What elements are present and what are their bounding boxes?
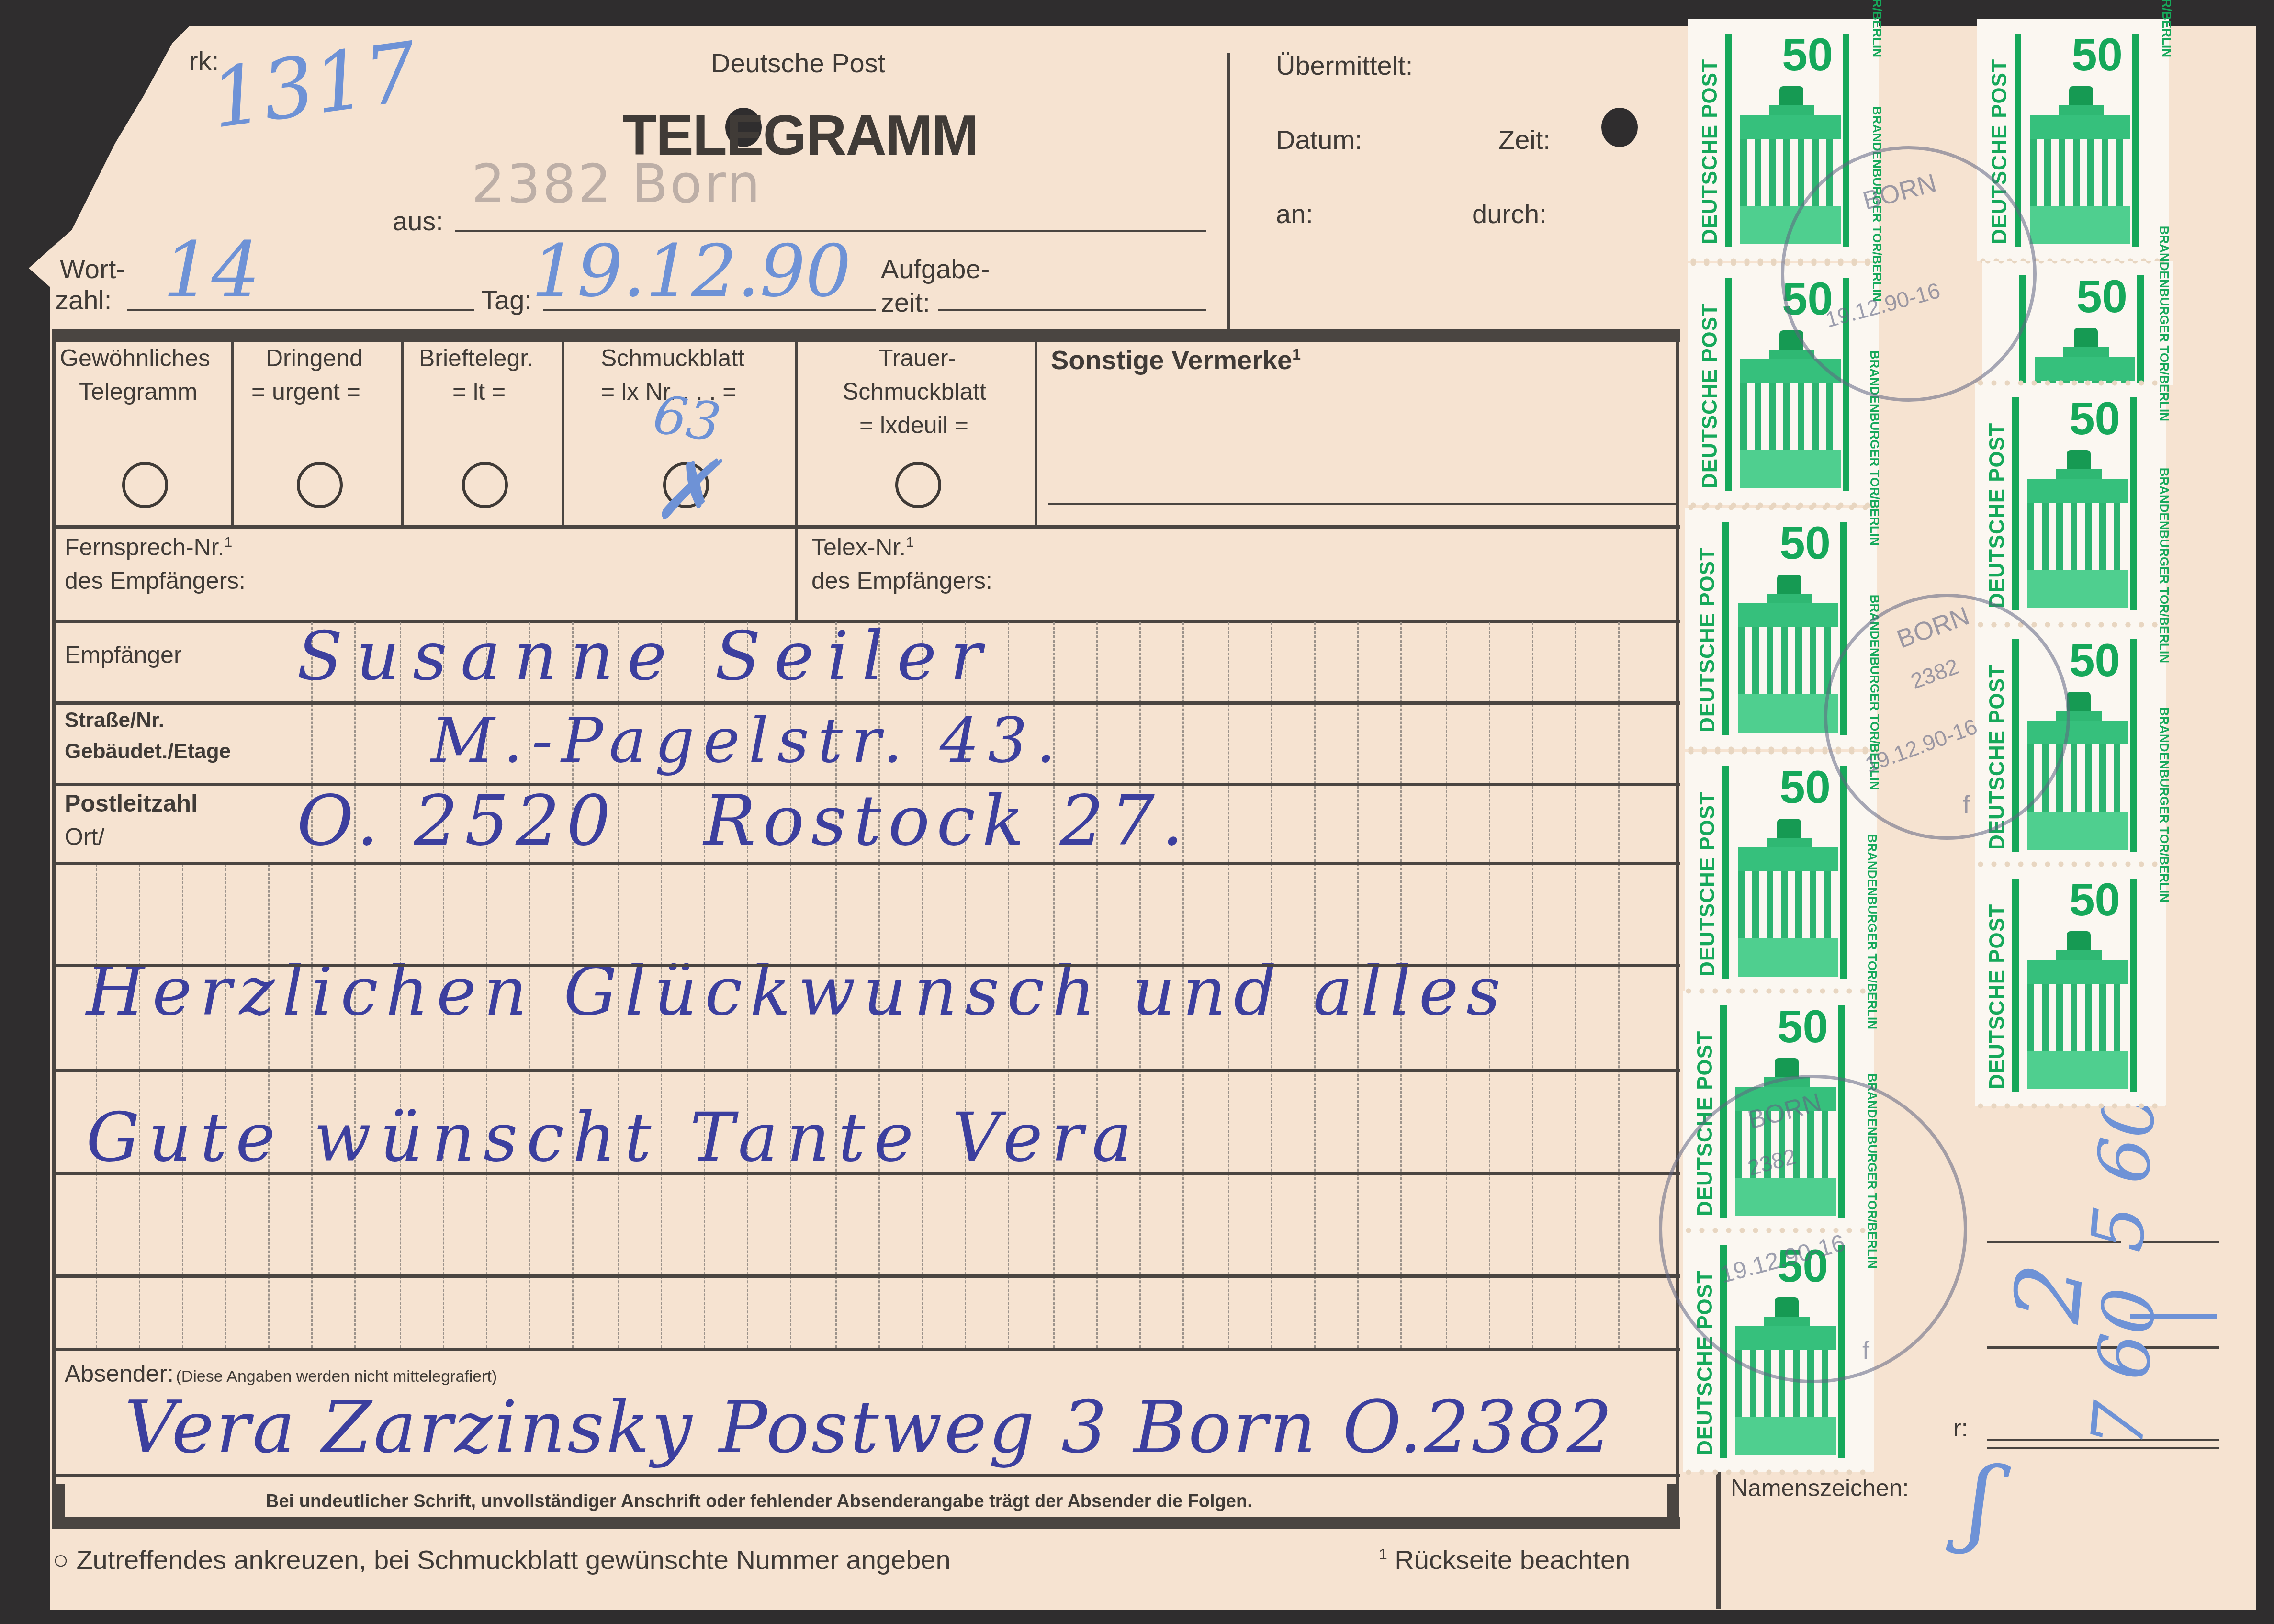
col-divider-3: [562, 340, 564, 527]
stamp-caption: BRANDENBURGER TOR/BERLIN: [2157, 707, 2172, 902]
fee-label: r:: [1953, 1415, 1968, 1443]
aus-label: aus:: [393, 206, 443, 237]
stamp-country: DEUTSCHE POST: [1698, 303, 1722, 488]
stamp-value: 50: [2071, 29, 2123, 81]
stamp-value: 50: [1779, 517, 1831, 570]
fee-dash: [2130, 1314, 2217, 1319]
issuer-label: Deutsche Post: [711, 48, 885, 79]
service-label: Gewöhnliches: [60, 345, 210, 372]
frame-top: [52, 329, 1680, 342]
checkmark-cross-icon: ✗: [651, 443, 719, 538]
stamp-value: 50: [1782, 29, 1833, 81]
stamp-value: 50: [2076, 271, 2128, 323]
fernsprech-label-line2: des Empfängers:: [65, 567, 246, 595]
brandenburg-gate-icon: [2027, 931, 2128, 1089]
footer-left-text: Zutreffendes ankreuzen, bei Schmuckblatt…: [76, 1545, 950, 1575]
stamp-country: DEUTSCHE POST: [1698, 59, 1722, 244]
message-line-2[interactable]: Gute wünscht Tante Vera: [86, 1099, 1140, 1177]
header-divider: [1227, 53, 1230, 330]
col-divider-1: [231, 340, 234, 527]
telex-label-line1: Telex-Nr.1: [811, 534, 914, 562]
footnote-mark: 1: [224, 534, 232, 550]
radio-circle[interactable]: [122, 462, 168, 508]
service-label: Brieftelegr.: [419, 345, 533, 372]
frame-right: [1676, 329, 1679, 1522]
radio-circle[interactable]: [297, 462, 343, 508]
empfaenger-label: Empfänger: [65, 642, 182, 669]
stamp-country: DEUTSCHE POST: [1985, 904, 2009, 1089]
brandenburg-gate-icon: [1738, 575, 1838, 733]
stamp: DEUTSCHE POST 50 BRANDENBURGER TOR/BERLI…: [1975, 383, 2166, 625]
aufgabezeit-label-line1: Aufgabe-: [881, 254, 990, 284]
service-label: = lt =: [452, 378, 506, 406]
footer-right: 1 Rückseite beachten: [1379, 1544, 1630, 1575]
footer-right-text: Rückseite beachten: [1395, 1545, 1630, 1575]
stamp: DEUTSCHE POST 50 BRANDENBURGER TOR/BERLI…: [1975, 864, 2166, 1106]
telex-text: Telex-Nr.: [811, 534, 906, 561]
service-label: Schmuckblatt: [601, 345, 744, 372]
postmark-letter: f: [1963, 790, 1970, 820]
zeit-label: Zeit:: [1498, 124, 1551, 155]
stamp-value: 50: [2069, 874, 2120, 926]
stamp-value: 50: [1779, 761, 1831, 814]
frame-left: [52, 329, 56, 1522]
sonstige-vermerke-text: Sonstige Vermerke: [1051, 345, 1292, 375]
plz-label-line2: Ort/: [65, 823, 104, 851]
stamp-country: DEUTSCHE POST: [1985, 423, 2009, 608]
namenszeichen-divider: [1716, 1465, 1721, 1609]
message-rule-4: [52, 1274, 1680, 1278]
stamp-caption: BRANDENBURGER TOR/BERLIN: [2157, 226, 2172, 421]
service-label: Trauer-: [878, 345, 956, 372]
fernsprech-text: Fernsprech-Nr.: [65, 534, 224, 561]
frame-bottom-right-tab: [1667, 1484, 1679, 1527]
strasse-value[interactable]: M.-Pagelstr. 43.: [431, 704, 1064, 777]
fee-top: 5 60: [2076, 1088, 2173, 1255]
stamp-value: 50: [2069, 393, 2120, 445]
aufgabezeit-label-line2: zeit:: [881, 287, 930, 318]
stamp-caption: BRANDENBURGER TOR/BERLIN: [1865, 834, 1880, 1029]
row-divider-service: [52, 525, 1680, 529]
row-divider-plz: [52, 862, 1680, 865]
empfaenger-value[interactable]: Susanne Seiler: [297, 618, 995, 696]
sender-underline: [52, 1474, 1680, 1477]
stamp-caption: BRANDENBURGER TOR/BERLIN: [2157, 468, 2172, 663]
radio-circle[interactable]: [462, 462, 508, 508]
stamp-country: DEUTSCHE POST: [1696, 547, 1720, 733]
message-rule-3: [52, 1172, 1680, 1175]
postmark-letter: f: [1862, 1336, 1869, 1365]
tag-value[interactable]: 19.12.90: [531, 230, 851, 313]
footnote-mark: 1: [1292, 346, 1301, 363]
disclaimer-text: Bei undeutlicher Schrift, unvollständige…: [266, 1491, 1252, 1512]
message-rule-2: [52, 1069, 1680, 1072]
col-divider-5: [1035, 340, 1037, 527]
wortzahl-value[interactable]: 14: [163, 225, 260, 315]
service-label: Telegramm: [79, 378, 197, 406]
sender-label: Absender:: [65, 1360, 174, 1387]
wortzahl-label-line2: zahl:: [55, 285, 112, 316]
frame-bottom-left-tab: [52, 1484, 65, 1527]
message-rule-1: [52, 964, 1680, 967]
datum-label: Datum:: [1276, 124, 1362, 155]
col-divider-4: [795, 340, 798, 622]
an-label: an:: [1276, 199, 1313, 229]
stamp-value: 50: [2069, 634, 2120, 687]
stamp-value: 50: [1777, 1001, 1828, 1053]
footer-left: ○ Zutreffendes ankreuzen, bei Schmuckbla…: [53, 1544, 951, 1575]
plz-label-line1: Postleitzahl: [65, 790, 198, 818]
aufgabezeit-underline: [938, 309, 1206, 311]
sender-note: (Diese Angaben werden nicht mittelegrafi…: [176, 1367, 497, 1386]
col-divider-2: [401, 340, 404, 527]
strasse-label-line1: Straße/Nr.: [65, 709, 164, 733]
plz-value[interactable]: O. 2520 Rostock 27.: [297, 780, 1190, 861]
stamp-country: DEUTSCHE POST: [1696, 791, 1720, 977]
telex-label-line2: des Empfängers:: [811, 567, 992, 595]
frame-bottom: [52, 1517, 1680, 1529]
footer-circle-icon: ○: [53, 1545, 69, 1575]
radio-circle[interactable]: [895, 462, 941, 508]
footnote-mark: 1: [906, 534, 914, 550]
fee-bottom: 7 60: [2076, 1285, 2173, 1451]
strasse-label-line2: Gebäudet./Etage: [65, 740, 231, 764]
brandenburg-gate-icon: [2030, 86, 2130, 244]
brandenburg-gate-icon: [1738, 819, 1838, 977]
sonstige-vermerke-label: Sonstige Vermerke1: [1051, 345, 1301, 375]
postmark-circle: [1659, 1075, 1967, 1383]
fernsprech-label-line1: Fernsprech-Nr.1: [65, 534, 232, 562]
stamp-caption: BRANDENBURGER TOR/BERLIN: [2159, 0, 2174, 57]
aus-rubber-stamp: 2382 Born: [472, 153, 762, 214]
telegram-form: rk: 1317 Deutsche Post TELEGRAMM 2382 Bo…: [0, 0, 2274, 1624]
stamp-caption: BRANDENBURGER TOR/BERLIN: [1869, 0, 1884, 57]
uebermittelt-label: Übermittelt:: [1276, 50, 1413, 81]
sonstige-vermerke-line: [1048, 503, 1676, 505]
sender-value[interactable]: Vera Zarzinsky Postweg 3 Born O.2382: [124, 1386, 1614, 1469]
service-label: Dringend: [266, 345, 363, 372]
namenszeichen-label: Namenszeichen:: [1731, 1475, 1909, 1502]
fee-line-3b: [1987, 1447, 2219, 1449]
punch-hole-right: [1601, 108, 1638, 147]
service-label: = urgent =: [251, 378, 360, 406]
wortzahl-label-line1: Wort-: [60, 254, 125, 284]
brandenburg-gate-icon: [2027, 450, 2128, 608]
sender-label-row: Absender: (Diese Angaben werden nicht mi…: [65, 1360, 497, 1387]
message-rule-5: [52, 1348, 1680, 1351]
tag-label: Tag:: [481, 285, 532, 316]
durch-label: durch:: [1472, 199, 1547, 229]
brandenburg-gate-icon: [2035, 328, 2135, 385]
service-label: = lxdeuil =: [859, 412, 968, 440]
footnote-mark: 1: [1379, 1545, 1387, 1563]
service-label: Schmuckblatt: [843, 378, 986, 406]
